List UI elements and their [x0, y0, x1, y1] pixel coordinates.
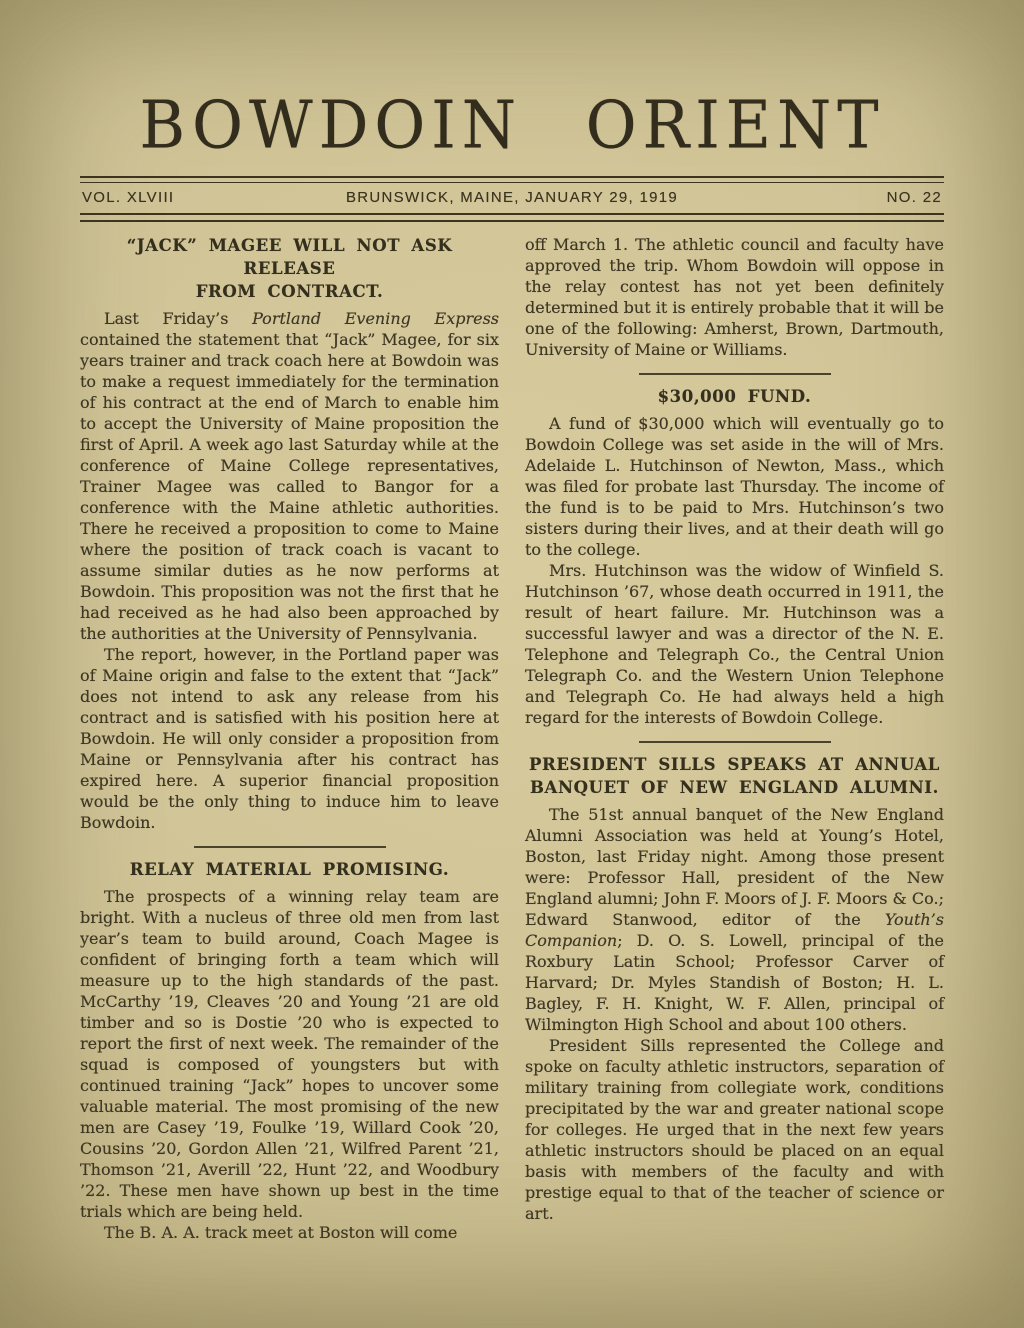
headline-line: $30,000 FUND.: [525, 385, 944, 408]
masthead-rule-top: [80, 176, 944, 183]
volume-label: VOL. XLVIII: [82, 189, 297, 206]
article-relay-continuation: off March 1. The athletic council and fa…: [525, 234, 944, 360]
left-column: “JACK” MAGEE WILL NOT ASK RELEASE FROM C…: [80, 234, 499, 1243]
paragraph: The prospects of a winning relay team ar…: [80, 886, 499, 1222]
paragraph: President Sills represented the College …: [525, 1035, 944, 1224]
section-divider: [639, 741, 831, 743]
headline-line: BANQUET OF NEW ENGLAND ALUMNI.: [525, 776, 944, 799]
article-president-sills: PRESIDENT SILLS SPEAKS AT ANNUAL BANQUET…: [525, 753, 944, 1224]
article-title-fund: $30,000 FUND.: [525, 385, 944, 408]
headline-line: RELAY MATERIAL PROMISING.: [80, 858, 499, 881]
article-title-relay-material: RELAY MATERIAL PROMISING.: [80, 858, 499, 881]
dateline-text: BRUNSWICK, MAINE, JANUARY 29, 1919: [297, 189, 727, 206]
right-column: off March 1. The athletic council and fa…: [525, 234, 944, 1243]
article-relay-material: RELAY MATERIAL PROMISING. The prospects …: [80, 858, 499, 1243]
paragraph: A fund of $30,000 which will eventually …: [525, 413, 944, 560]
masthead-rule-bottom: [80, 213, 944, 222]
article-jack-magee: “JACK” MAGEE WILL NOT ASK RELEASE FROM C…: [80, 234, 499, 833]
dateline: VOL. XLVIII BRUNSWICK, MAINE, JANUARY 29…: [80, 183, 944, 213]
headline-line: PRESIDENT SILLS SPEAKS AT ANNUAL: [525, 753, 944, 776]
section-divider: [194, 846, 386, 848]
paragraph: The report, however, in the Portland pap…: [80, 644, 499, 833]
section-divider: [639, 373, 831, 375]
newspaper-title: BOWDOIN ORIENT: [0, 86, 1024, 164]
headline-line: FROM CONTRACT.: [80, 280, 499, 303]
paragraph: off March 1. The athletic council and fa…: [525, 234, 944, 360]
article-title-president-sills: PRESIDENT SILLS SPEAKS AT ANNUAL BANQUET…: [525, 753, 944, 799]
masthead: BOWDOIN ORIENT VOL. XLVIII BRUNSWICK, MA…: [0, 0, 1024, 222]
article-columns: “JACK” MAGEE WILL NOT ASK RELEASE FROM C…: [80, 234, 944, 1243]
issue-number: NO. 22: [727, 189, 942, 206]
paragraph: The 51st annual banquet of the New Engla…: [525, 804, 944, 1035]
paragraph: Last Friday’s Portland Evening Express c…: [80, 308, 499, 644]
paragraph: The B. A. A. track meet at Boston will c…: [80, 1222, 499, 1243]
newspaper-page: BOWDOIN ORIENT VOL. XLVIII BRUNSWICK, MA…: [0, 0, 1024, 1328]
article-fund: $30,000 FUND. A fund of $30,000 which wi…: [525, 385, 944, 728]
article-title-jack-magee: “JACK” MAGEE WILL NOT ASK RELEASE FROM C…: [80, 234, 499, 303]
paragraph: Mrs. Hutchinson was the widow of Winfiel…: [525, 560, 944, 728]
headline-line: “JACK” MAGEE WILL NOT ASK RELEASE: [80, 234, 499, 280]
